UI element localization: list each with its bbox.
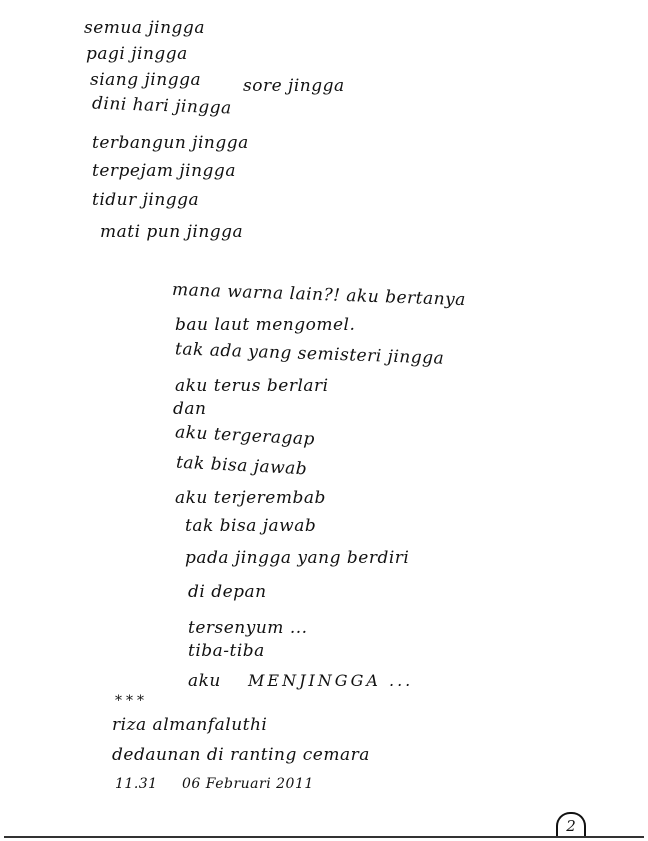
- signature-date: 06 Februari 2011: [182, 777, 314, 791]
- author-name: riza almanfaluthi: [112, 717, 267, 734]
- separator: ***: [115, 694, 148, 708]
- poem-line: dini hari jingga: [92, 96, 232, 118]
- footer-rule: [4, 836, 644, 838]
- poem-line: pada jingga yang berdiri: [185, 550, 409, 567]
- poem-line: aku terjerembab: [175, 490, 326, 507]
- poem-line: tak ada yang semisteri jingga: [175, 341, 445, 367]
- poem-line: aku terus berlari: [175, 378, 329, 395]
- poem-line: mati pun jingga: [100, 224, 243, 241]
- poem-line: tersenyum ...: [188, 620, 308, 637]
- poem-line: sore jingga: [243, 78, 345, 95]
- poem-line: tidur jingga: [92, 192, 199, 209]
- poem-line: di depan: [188, 584, 267, 601]
- poem-line: terbangun jingga: [92, 135, 249, 152]
- page-number: 2: [556, 812, 586, 838]
- poem-line: tak bisa jawab: [185, 518, 316, 535]
- poem-line: pagi jingga: [86, 46, 188, 63]
- poem-line: aku: [188, 673, 221, 690]
- poem-line: tiba-tiba: [188, 643, 265, 660]
- poem-line-emphasis: MENJINGGA ...: [248, 673, 413, 689]
- poem-line: aku tergeragap: [175, 424, 316, 448]
- poem-line: bau laut mengomel.: [175, 317, 355, 334]
- poem-line: dan: [173, 401, 206, 418]
- poem-line: semua jingga: [84, 20, 205, 37]
- poem-line: siang jingga: [90, 72, 201, 89]
- poem-line: mana warna lain?! aku bertanya: [172, 282, 466, 309]
- signature-place: dedaunan di ranting cemara: [112, 747, 370, 764]
- signature-time: 11.31: [115, 777, 158, 791]
- poem-line: terpejam jingga: [92, 163, 236, 180]
- poem-line: tak bisa jawab: [176, 455, 308, 479]
